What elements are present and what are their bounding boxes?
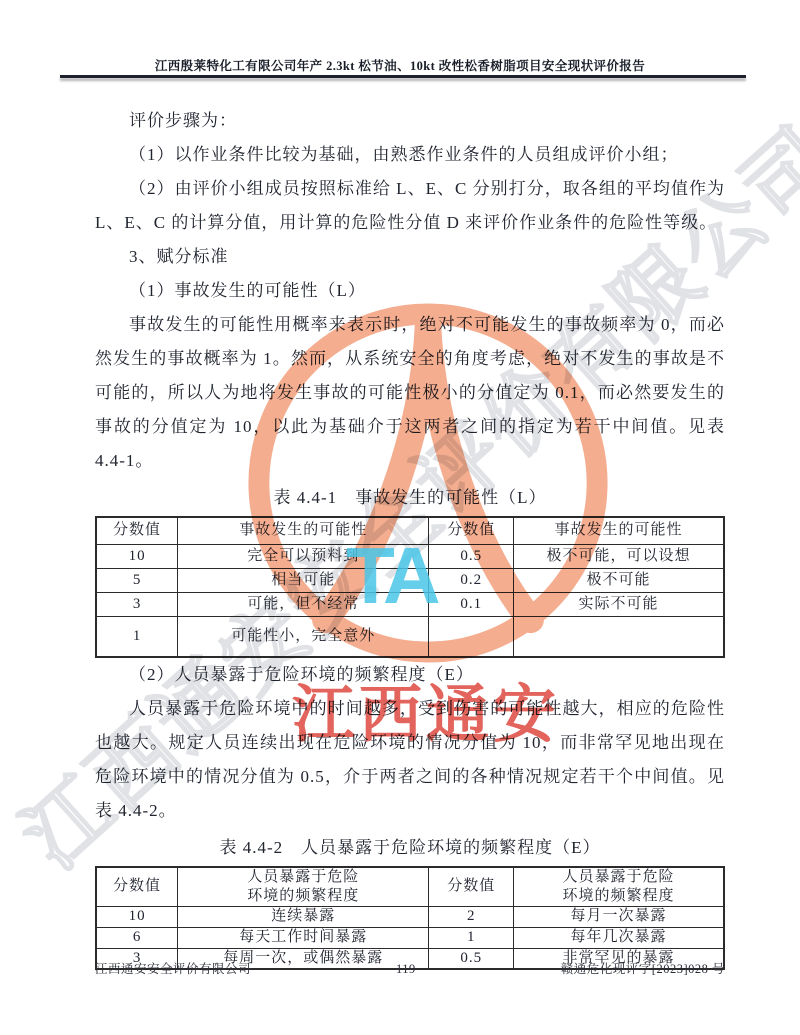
column-header: 人员暴露于危险 环境的频繁程度 [178, 867, 429, 906]
paragraph-step-2: （2）由评价小组成员按照标准给 L、E、C 分别打分，取各组的平均值作为 L、E… [95, 172, 725, 240]
column-header: 分数值 [96, 867, 178, 906]
score-cell: 2 [429, 906, 514, 927]
description-cell: 每月一次暴露 [514, 906, 724, 927]
description-cell: 可能，但不经常 [178, 592, 429, 616]
column-header: 分数值 [429, 517, 514, 544]
score-cell [429, 616, 514, 657]
column-header: 分数值 [96, 517, 178, 544]
description-cell: 极不可能，可以设想 [514, 544, 724, 568]
paragraph-exposure-frequency: 人员暴露于危险环境中的时间越多，受到伤害的可能性越大，相应的危险性也越大。规定人… [95, 692, 725, 828]
body-content: 评价步骤为： （1）以作业条件比较为基础，由熟悉作业条件的人员组成评价小组； （… [95, 104, 725, 970]
score-cell: 3 [96, 592, 178, 616]
table-row: 6 每天工作时间暴露 1 每年几次暴露 [96, 927, 724, 948]
paragraph-steps-intro: 评价步骤为： [95, 104, 725, 138]
description-cell: 极不可能 [514, 568, 724, 592]
footer-company-name: 江西通安安全评价有限公司 [95, 959, 251, 977]
column-header: 分数值 [429, 867, 514, 906]
table-row: 3 可能，但不经常 0.1 实际不可能 [96, 592, 724, 616]
column-header: 事故发生的可能性 [178, 517, 429, 544]
page-header-title: 江西殷莱特化工有限公司年产 2.3kt 松节油、10kt 改性松香树脂项目安全现… [0, 56, 800, 74]
score-cell: 0.5 [429, 544, 514, 568]
accident-possibility-table: 分数值 事故发生的可能性 分数值 事故发生的可能性 10 完全可以预料到 0.5… [95, 516, 725, 658]
description-cell: 每年几次暴露 [514, 927, 724, 948]
column-header: 人员暴露于危险 环境的频繁程度 [514, 867, 724, 906]
score-cell: 6 [96, 927, 178, 948]
description-cell: 连续暴露 [178, 906, 429, 927]
heading-exposure-frequency: （2）人员暴露于危险环境的频繁程度（E） [95, 658, 725, 692]
description-cell: 可能性小，完全意外 [178, 616, 429, 657]
report-page: 江西殷莱特化工有限公司年产 2.3kt 松节油、10kt 改性松香树脂项目安全现… [0, 0, 800, 1035]
table-header-row: 分数值 人员暴露于危险 环境的频繁程度 分数值 人员暴露于危险 环境的频繁程度 [96, 867, 724, 906]
heading-scoring-standard: 3、赋分标准 [95, 240, 725, 274]
description-cell: 每天工作时间暴露 [178, 927, 429, 948]
paragraph-accident-possibility: 事故发生的可能性用概率来表示时，绝对不可能发生的事故频率为 0，而必然发生的事故… [95, 308, 725, 478]
table-row: 10 连续暴露 2 每月一次暴露 [96, 906, 724, 927]
footer-page-number: 119 [396, 962, 416, 977]
table-row: 5 相当可能 0.2 极不可能 [96, 568, 724, 592]
header-divider [60, 75, 746, 78]
paragraph-step-1: （1）以作业条件比较为基础，由熟悉作业条件的人员组成评价小组； [95, 138, 725, 172]
exposure-frequency-table: 分数值 人员暴露于危险 环境的频繁程度 分数值 人员暴露于危险 环境的频繁程度 … [95, 866, 725, 970]
score-cell: 10 [96, 906, 178, 927]
table-row: 10 完全可以预料到 0.5 极不可能，可以设想 [96, 544, 724, 568]
score-cell: 1 [429, 927, 514, 948]
heading-accident-possibility: （1）事故发生的可能性（L） [95, 274, 725, 308]
score-cell: 0.1 [429, 592, 514, 616]
description-cell: 相当可能 [178, 568, 429, 592]
table-header-row: 分数值 事故发生的可能性 分数值 事故发生的可能性 [96, 517, 724, 544]
table2-caption: 表 4.4-2 人员暴露于危险环境的频繁程度（E） [95, 833, 725, 863]
footer-document-number: 赣通危化现评字[2023]028 号 [561, 959, 725, 977]
description-cell: 实际不可能 [514, 592, 724, 616]
score-cell: 1 [96, 616, 178, 657]
table1-caption: 表 4.4-1 事故发生的可能性（L） [95, 483, 725, 513]
score-cell: 10 [96, 544, 178, 568]
description-cell: 完全可以预料到 [178, 544, 429, 568]
page-footer: 江西通安安全评价有限公司 119 赣通危化现评字[2023]028 号 [95, 959, 725, 977]
table-row: 1 可能性小，完全意外 [96, 616, 724, 657]
score-cell: 5 [96, 568, 178, 592]
description-cell [514, 616, 724, 657]
score-cell: 0.2 [429, 568, 514, 592]
column-header: 事故发生的可能性 [514, 517, 724, 544]
